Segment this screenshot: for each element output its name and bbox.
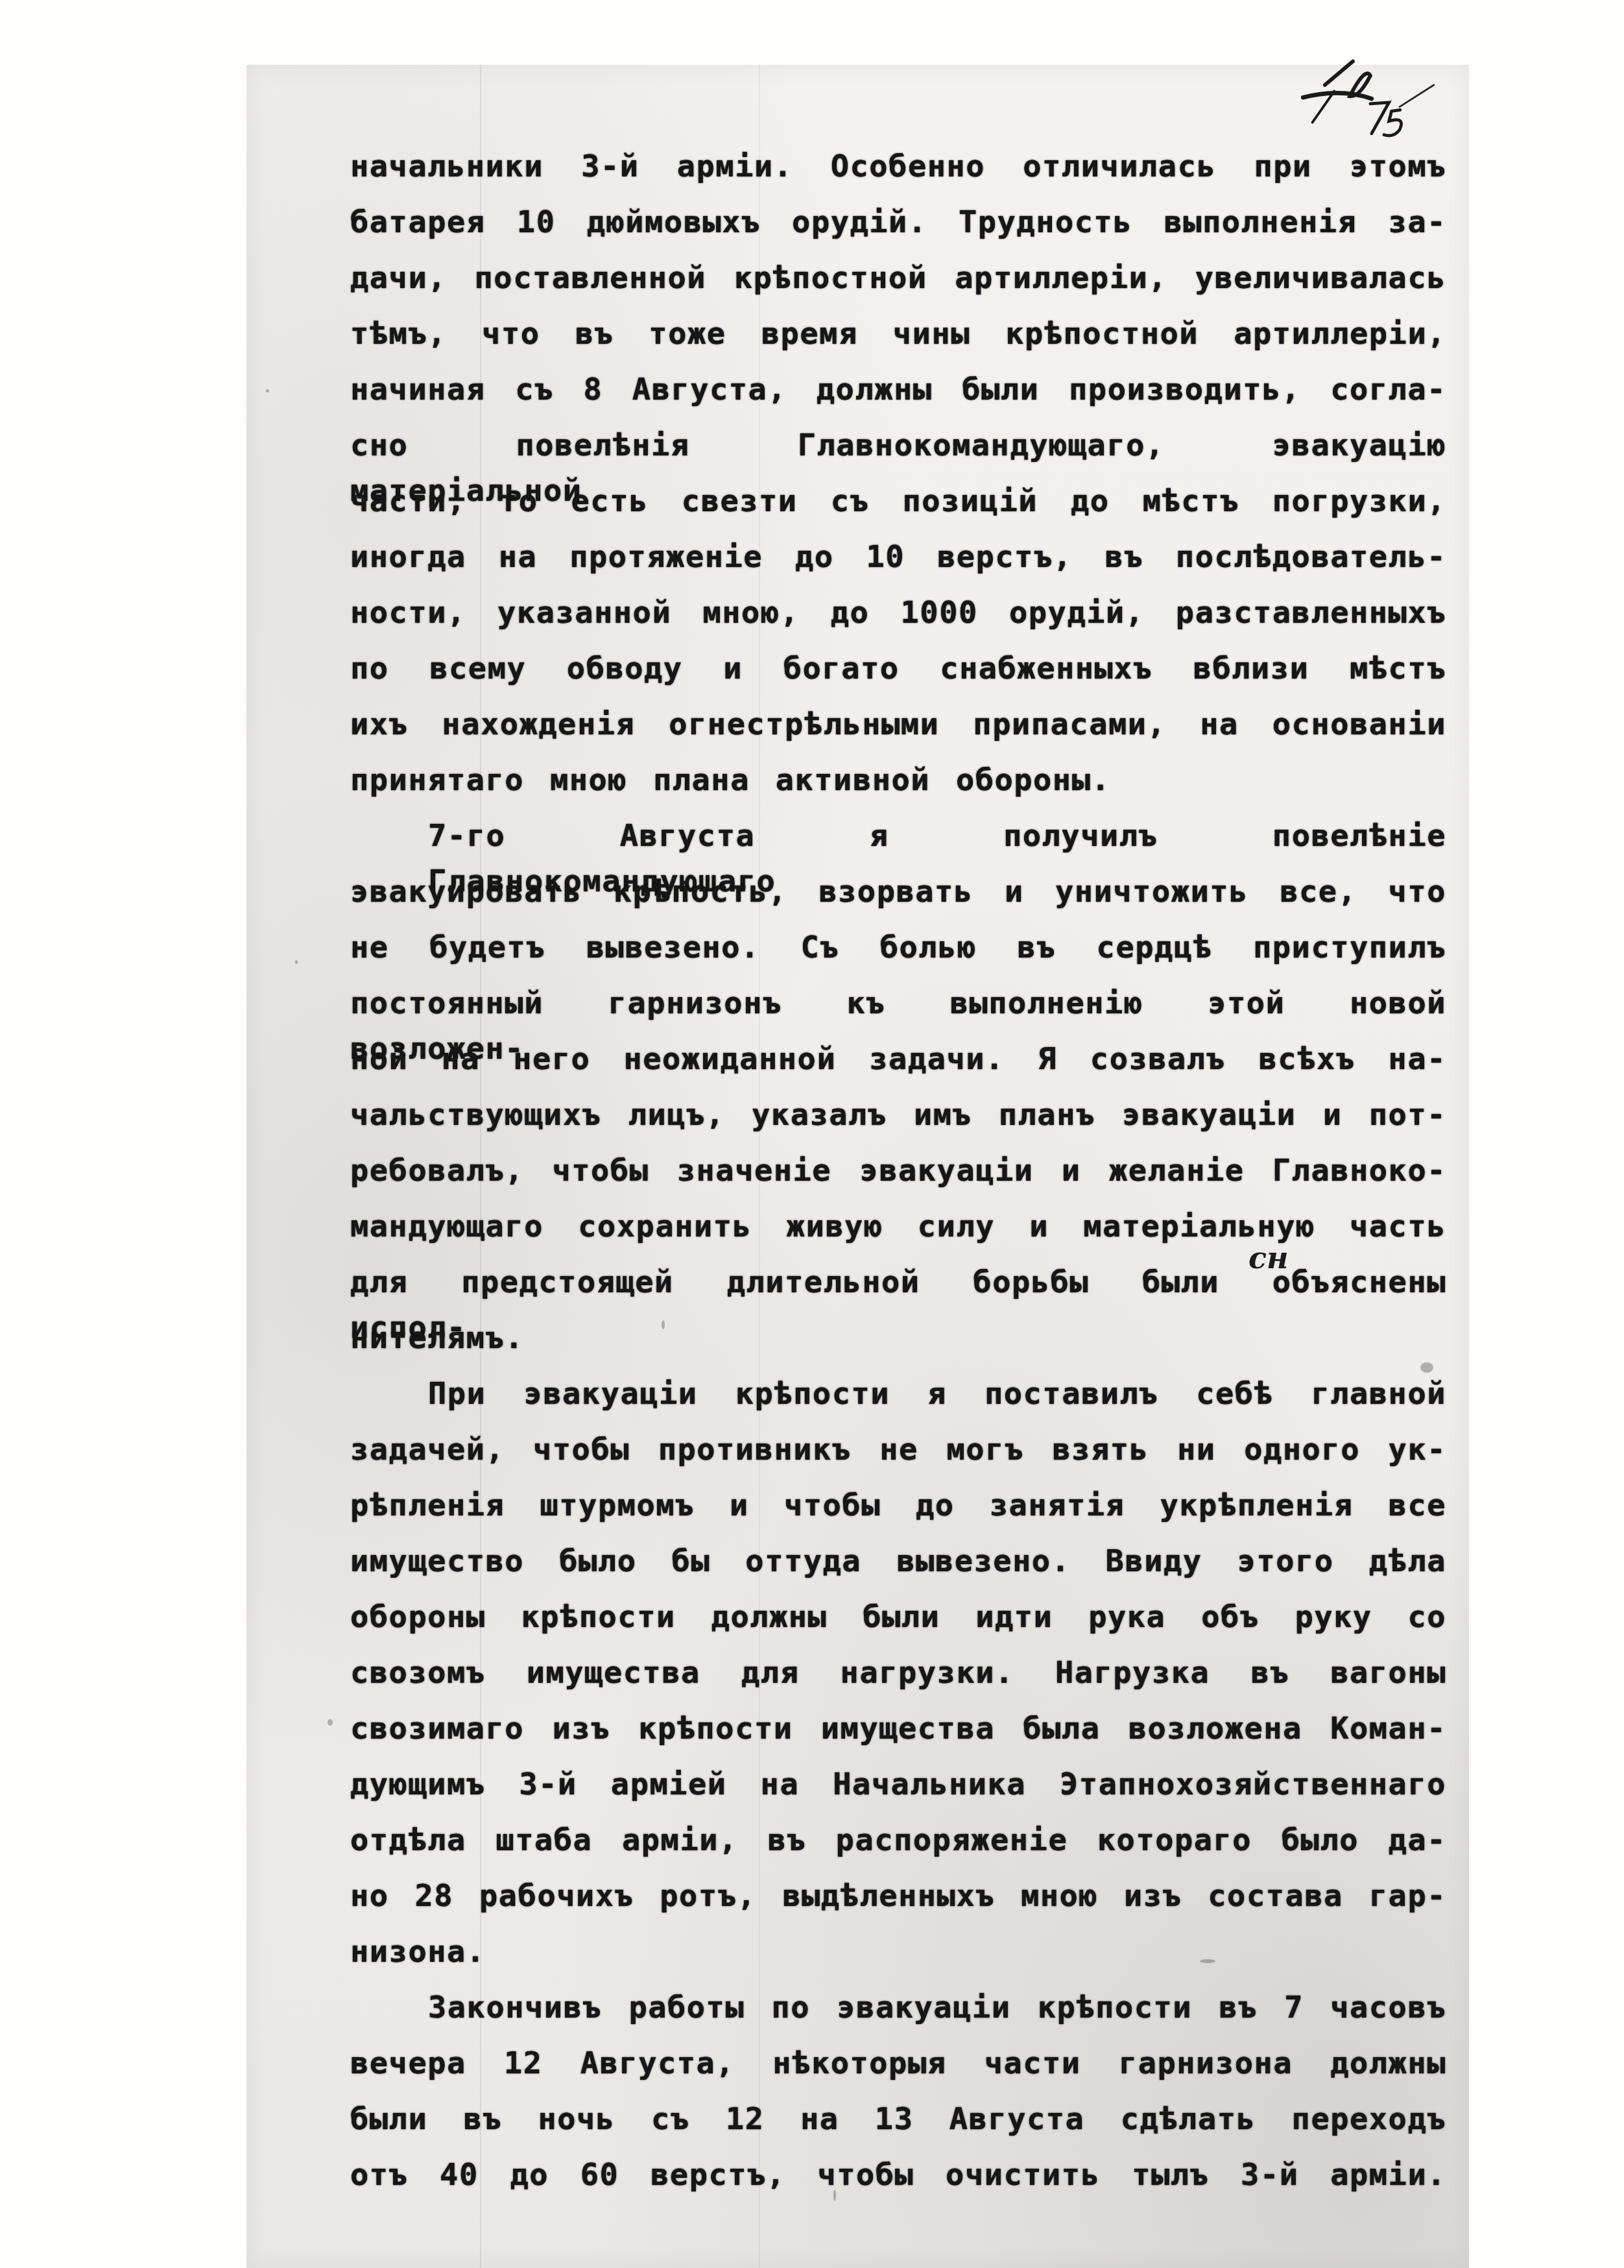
photocopy-speck bbox=[1200, 1959, 1215, 1963]
text-line: тѣмъ, что въ тоже время чины крѣпостной … bbox=[350, 311, 1446, 357]
text-line: эвакуировать крѣпость, взорвать и уничто… bbox=[350, 869, 1446, 915]
photocopy-speck bbox=[295, 960, 298, 964]
text-line: сно повелѣнія Главнокомандующаго, эвакуа… bbox=[350, 423, 1446, 468]
text-line: начальники 3-й арміи. Особенно отличилас… bbox=[350, 144, 1446, 189]
text-line: задачей, чтобы противникъ не могъ взять … bbox=[350, 1427, 1446, 1473]
text-line: дующимъ 3-й арміей на Начальника Этапнох… bbox=[350, 1762, 1446, 1807]
text-line: 7-го Августа я получилъ повелѣніе Главно… bbox=[428, 814, 1446, 859]
text-line: ребовалъ, чтобы значеніе эвакуаціи и жел… bbox=[350, 1148, 1446, 1194]
text-line: чальствующихъ лицъ, указалъ имъ планъ эв… bbox=[350, 1092, 1446, 1138]
text-line: ности, указанной мною, до 1000 орудій, р… bbox=[350, 590, 1446, 636]
photocopy-speck bbox=[662, 1320, 665, 1329]
text-line: постоянный гарнизонъ къ выполненію этой … bbox=[350, 981, 1446, 1026]
text-line: дачи, поставленной крѣпостной артиллеріи… bbox=[350, 256, 1446, 301]
text-line: отдѣла штаба арміи, въ распоряженіе кото… bbox=[350, 1818, 1446, 1863]
text-line: батарея 10 дюймовыхъ орудій. Трудность в… bbox=[350, 200, 1446, 245]
photocopy-speck bbox=[1420, 1362, 1433, 1373]
text-line: ихъ нахожденія огнестрѣльными припасами,… bbox=[350, 702, 1446, 747]
text-line: имущество было бы оттуда вывезено. Ввиду… bbox=[350, 1539, 1446, 1584]
text-line: отъ 40 до 60 верстъ, чтобы очистить тылъ… bbox=[350, 2153, 1446, 2198]
text-line: свозимаго изъ крѣпости имущества была во… bbox=[350, 1706, 1446, 1752]
text-line: При эвакуаціи крѣпости я поставилъ себѣ … bbox=[428, 1371, 1446, 1417]
text-line: по всему обводу и богато снабженныхъ вбл… bbox=[350, 646, 1446, 692]
text-line: принятаго мною плана активной обороны. bbox=[350, 758, 1453, 803]
text-line: иногда на протяженіе до 10 верстъ, въ по… bbox=[350, 535, 1446, 580]
text-line: Закончивъ работы по эвакуаціи крѣпости в… bbox=[428, 1985, 1446, 2031]
text-line: части, то есть свезти съ позицій до мѣст… bbox=[350, 479, 1446, 524]
typewritten-text: начальники 3-й арміи. Особенно отличилас… bbox=[0, 0, 1624, 2268]
text-line: не будетъ вывезено. Съ болью въ сердцѣ п… bbox=[350, 925, 1446, 971]
text-line: обороны крѣпости должны были идти рука о… bbox=[350, 1595, 1446, 1640]
photocopy-speck bbox=[833, 2190, 836, 2201]
text-line: начиная съ 8 Августа, должны были произв… bbox=[350, 367, 1446, 413]
text-line: ной на него неожиданной задачи. Я созвал… bbox=[350, 1037, 1446, 1082]
photocopy-speck bbox=[266, 389, 269, 392]
text-line: но 28 рабочихъ ротъ, выдѣленныхъ мною из… bbox=[350, 1874, 1446, 1919]
text-line: низона. bbox=[350, 1929, 1453, 1975]
photocopy-speck bbox=[328, 1719, 333, 1726]
text-line: были въ ночь съ 12 на 13 Августа сдѣлать… bbox=[350, 2097, 1446, 2142]
text-line: свозомъ имущества для нагрузки. Нагрузка… bbox=[350, 1650, 1446, 1696]
handwritten-correction: сн bbox=[1248, 1240, 1289, 1275]
text-line: вечера 12 Августа, нѣкоторыя части гарни… bbox=[350, 2041, 1446, 2086]
text-line: нителямъ. bbox=[350, 1316, 1453, 1361]
text-line: рѣпленія штурмомъ и чтобы до занятія укр… bbox=[350, 1483, 1446, 1528]
